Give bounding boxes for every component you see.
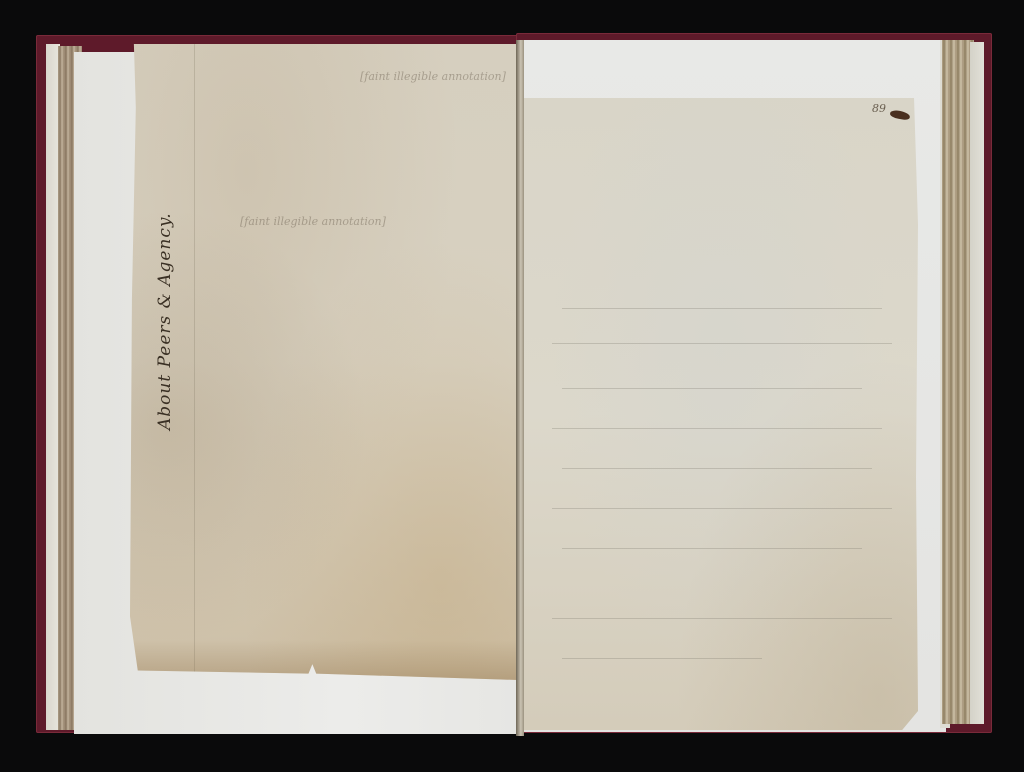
faint-ink-line [562,308,882,309]
book-gutter [516,40,524,736]
folio-number: 89 [872,102,886,115]
faint-ink-line [552,343,892,344]
faint-ink-line [552,428,882,429]
faint-ink-line [562,658,762,659]
faint-ink-line [552,618,892,619]
manuscript-leaf-left [130,44,518,680]
faint-ink-line [562,468,872,469]
faint-note-top: [faint illegible annotation] [360,70,506,83]
endorsement-text: About Peers & Agency. [155,170,175,430]
faint-ink-line [562,548,862,549]
faint-ink-line [552,508,892,509]
manuscript-leaf-right [522,98,918,730]
endpaper-edge-right [970,42,984,724]
faint-ink-line [562,388,862,389]
faint-note-middle: [faint illegible annotation] [240,215,386,228]
